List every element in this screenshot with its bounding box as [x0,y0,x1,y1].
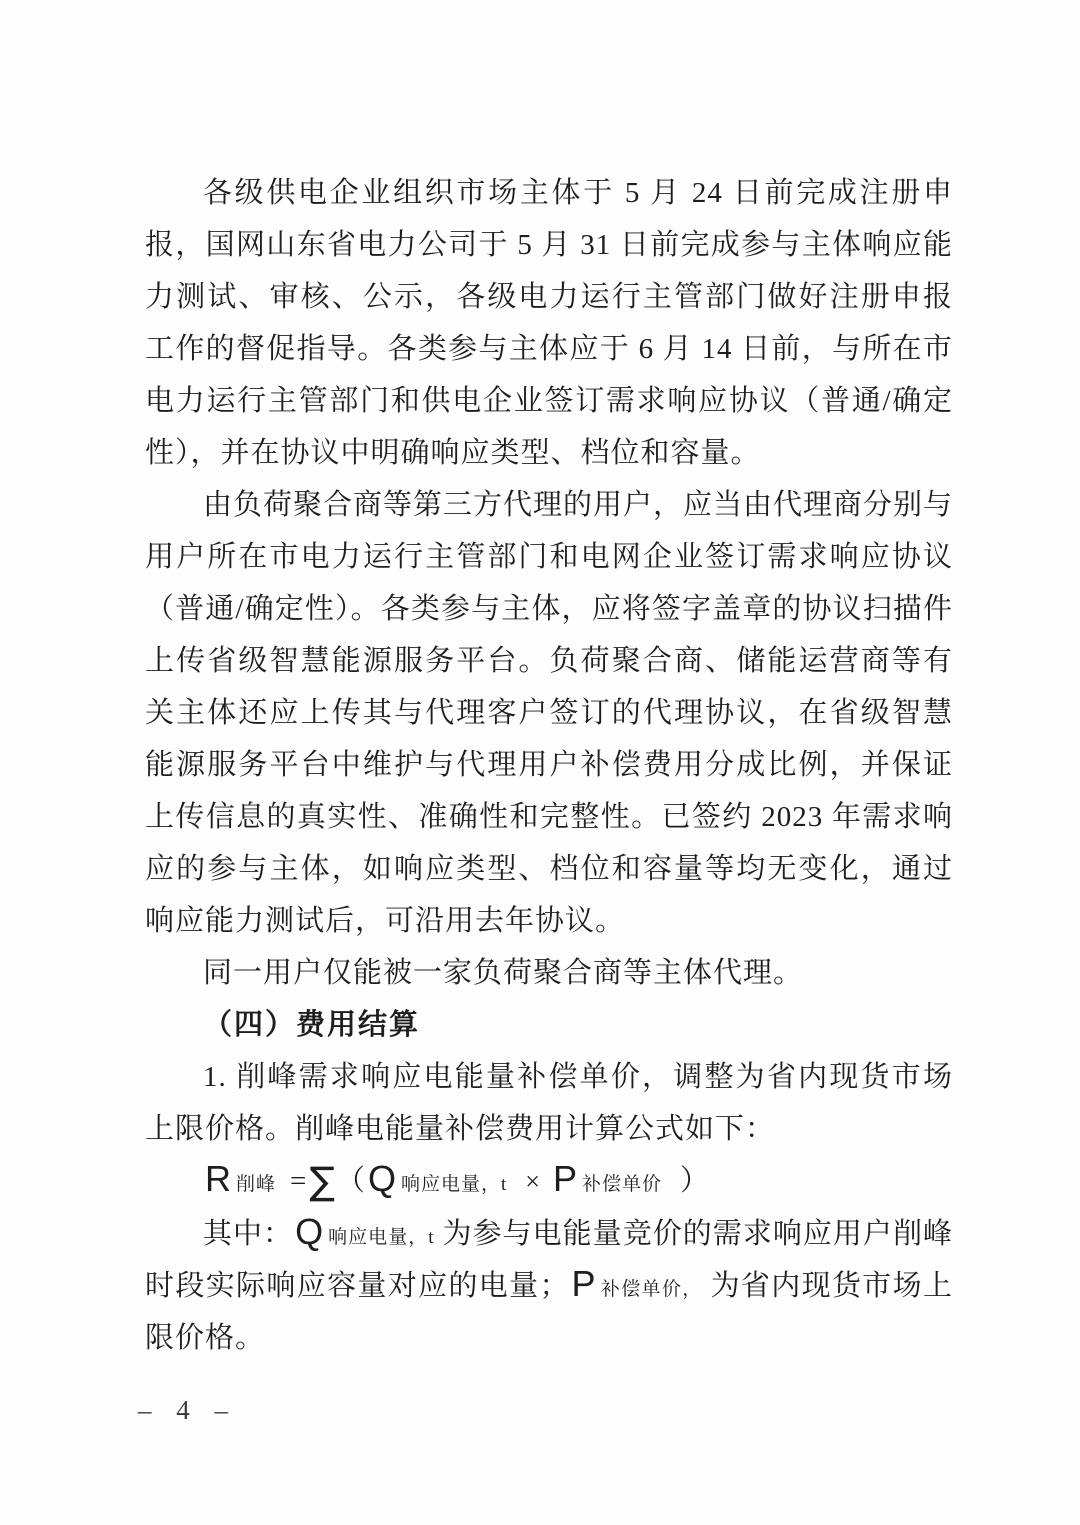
formula-sum-icon: ∑ [309,1159,336,1203]
paragraph-single-aggregator-rule: 同一用户仅能被一家负荷聚合商等主体代理。 [145,947,953,999]
paragraph-third-party-agents: 由负荷聚合商等第三方代理的用户，应当由代理商分别与用户所在市电力运行主管部门和电… [145,479,953,947]
formula-var-p: P [553,1158,578,1199]
explanation-var-q: Q [295,1211,324,1252]
explanation-var-p: P [571,1263,596,1304]
paragraph-registration-deadlines: 各级供电企业组织市场主体于 5 月 24 日前完成注册申报，国网山东省电力公司于… [145,167,953,479]
explanation-subscript-p: 补偿单价， [601,1279,703,1300]
formula-equals-sign: = [290,1165,307,1197]
formula-subscript-q: 响应电量，t [401,1174,507,1195]
document-page: 各级供电企业组织市场主体于 5 月 24 日前完成注册申报，国网山东省电力公司于… [0,0,1080,1525]
formula-var-q: Q [368,1158,397,1199]
compensation-formula: R削峰=∑（Q响应电量，t×P补偿单价） [145,1155,953,1208]
paragraph-formula-explanation: 其中：Q响应电量，t为参与电能量竞价的需求响应用户削峰时段实际响应容量对应的电量… [145,1208,953,1364]
formula-subscript-p: 补偿单价 [582,1174,662,1195]
section-heading-fee-settlement: （四）费用结算 [145,999,953,1051]
formula-subscript-r: 削峰 [236,1174,276,1195]
document-body: 各级供电企业组织市场主体于 5 月 24 日前完成注册申报，国网山东省电力公司于… [145,167,953,1364]
explanation-lead-text: 其中： [203,1218,293,1250]
explanation-subscript-q: 响应电量，t [328,1227,434,1248]
formula-multiply-sign: × [525,1167,541,1196]
formula-var-r: R [205,1158,232,1199]
formula-open-paren: （ [336,1165,366,1197]
page-number: – 4 – [138,1395,237,1426]
formula-close-paren: ） [680,1165,710,1197]
paragraph-peak-shaving-compensation: 1. 削峰需求响应电能量补偿单价，调整为省内现货市场上限价格。削峰电能量补偿费用… [145,1051,953,1155]
